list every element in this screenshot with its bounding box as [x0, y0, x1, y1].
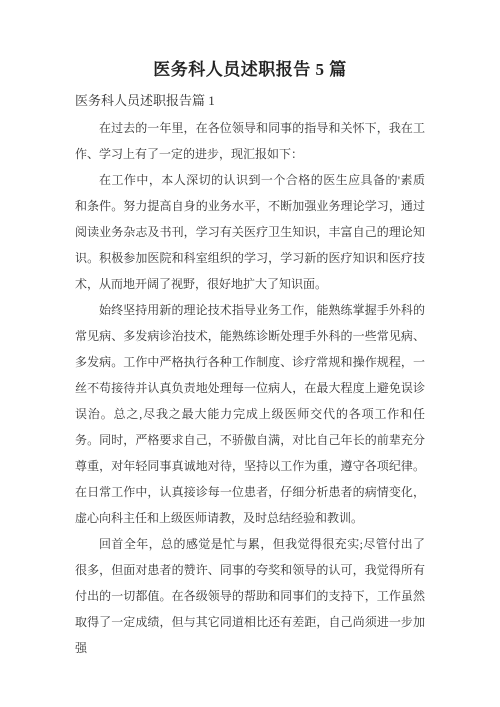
section-heading: 医务科人员述职报告篇 1 — [75, 91, 425, 110]
paragraph-3: 始终坚持用新的理论技术指导业务工作，能熟练掌握手外科的常见病、多发病诊治技术，能… — [75, 297, 425, 531]
document-content: 医务科人员述职报告 5 篇 医务科人员述职报告篇 1 在过去的一年里，在各位领导… — [0, 0, 500, 661]
document-page: 医务科人员述职报告 5 篇 医务科人员述职报告篇 1 在过去的一年里，在各位领导… — [0, 0, 500, 707]
paragraph-1: 在过去的一年里，在各位领导和同事的指导和关怀下，我在工作、学习上有了一定的进步，… — [75, 115, 425, 167]
paragraph-4: 回首全年，总的感觉是忙与累，但我觉得很充实;尽管付出了很多，但面对患者的赞许、同… — [75, 531, 425, 661]
paragraph-2: 在工作中，本人深切的认识到一个合格的医生应具备的'素质和条件。努力提高自身的业务… — [75, 167, 425, 297]
document-title: 医务科人员述职报告 5 篇 — [75, 57, 425, 82]
document-body: 在过去的一年里，在各位领导和同事的指导和关怀下，我在工作、学习上有了一定的进步，… — [75, 115, 425, 661]
